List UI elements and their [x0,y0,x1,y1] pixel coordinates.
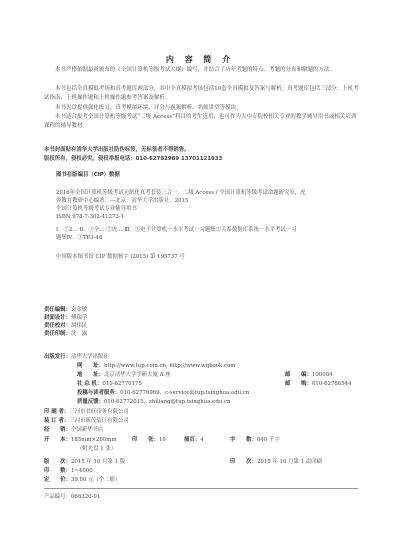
binder-value: 三河市新茂装订有限公司 [69,418,128,424]
product-code-row: 产品编号：066320-01 [44,492,100,500]
disc-note: （附光盘 1 张） [77,444,116,452]
switchboard-label: 社 总 机： [77,381,102,387]
website-value[interactable]: http://www.tup.com.cn, http://www.wqbook… [104,363,235,369]
reader-service-row: 投稿与读者服务：010-62776969，c-service@tup.tsing… [77,388,249,396]
summary-paragraph-4: 本书适合报考全国计算机等级考试“二级 Access”科目的考生选用，也可作为大中… [44,113,360,131]
sheets-row: 印 张：19 [132,435,166,443]
website-label: 网 址： [77,363,104,369]
credit-row: 责任编辑：袁金敏 [44,306,87,314]
cip-line: 2016年全国计算机等级考试无纸化真考套装三合一．二级 Access / 全国计… [56,189,360,197]
anti-counterfeit-notice: 本书封面贴有清华大学出版社防伪标签，无标签者不得销售。 [44,145,190,153]
edition-value: 2015 年 10 月第 1 版 [71,459,125,465]
cip-heading: 图书在版编目（CIP）数据 [56,170,120,178]
zip-row: 邮 编：100084 [285,370,333,378]
binder-label: 装 订 者： [44,418,69,424]
impression-label: 印 次： [230,459,257,465]
product-code-label: 产品编号： [44,494,71,500]
binder-row: 装 订 者：三河市新茂装订有限公司 [44,416,129,424]
cip-classification: Ⅰ．①2… Ⅱ．①全… ②虎… Ⅲ．①电子计算机－水平考试－习题集②关系数据库系… [56,226,360,242]
zip-label: 邮 编： [285,372,312,378]
credit-row: 责任校对：胡伟民 [44,322,87,330]
quality-feedback-value: 010-62772015，zhiliang@tup.tsinghua.edu.c… [104,399,231,405]
cip-line: ISBN 978-7-302-41273-1 [56,213,360,221]
sheets-value: 19 [159,437,166,443]
credit-label: 责任编辑： [44,307,71,313]
website-row: 网 址：http://www.tup.com.cn, http://www.wq… [77,361,235,369]
reader-service-value: 010-62776969，c-service@tup.tsinghua.edu.… [120,390,249,396]
distributor-row: 经 销：全国新华书店 [44,425,103,433]
distributor-value: 全国新华书店 [71,427,103,433]
credit-label: 封面设计： [44,315,71,321]
summary-paragraph-2: 本书包括全真模拟考场和真考题库两部分，其中全真模拟考场包括10套全真模拟及答案与… [44,85,360,103]
cip-record: 中国版本图书馆 CIP 数据核字 (2015) 第 195737 号 [56,252,185,260]
credit-value: 胡伟民 [71,323,87,329]
publisher-label: 出版发行： [44,354,71,360]
credit-label: 责任印制： [44,331,71,337]
price-value: 39.80 元（全二册） [71,477,121,483]
publisher-row: 出版发行：清华大学出版社 [44,352,109,360]
cip-line: 全国计算机等级考试专业辅导用书 [56,205,360,213]
impression-value: 2015 年 10 月第 1 次印刷 [257,459,322,465]
page-title: 内 容 简 介 [0,54,400,65]
summary-paragraph-1: 本书严格依据最新颁布的《全国计算机等级考试大纲》编写，并结合了历年考题的特点、考… [44,66,360,75]
address-value: 北京清华大学学研大厦 A 座 [104,372,171,378]
publisher-name: 清华大学出版社 [71,354,109,360]
print-run-label: 印 数： [44,468,71,474]
address-row: 地 址：北京清华大学学研大厦 A 座 [77,370,171,378]
mail-order-value: 010-62786544 [312,381,352,387]
printer-value: 三河市君旺印务有限公司 [69,409,128,415]
format-row: 开 本：185mm×260mm [44,435,117,443]
inserts-label: 插页： [184,437,200,443]
cip-class-line: Ⅰ．①2… Ⅱ．①全… ②虎… Ⅲ．①电子计算机－水平考试－习题集②关系数据库系… [56,226,360,234]
quality-feedback-row: 质量反馈：010-62772015，zhiliang@tup.tsinghua.… [77,397,231,405]
reader-service-label: 投稿与读者服务： [77,390,120,396]
impression-row: 印 次：2015 年 10 月第 1 次印刷 [230,457,322,465]
word-count-label: 字 数： [230,437,257,443]
format-value: 185mm×260mm [71,437,117,443]
inserts-row: 插页：4 [184,435,204,443]
format-label: 开 本： [44,437,71,443]
price-row: 定 价：39.80 元（全二册） [44,475,120,483]
divider-rule [44,488,358,489]
zip-value: 100084 [312,372,333,378]
print-run-row: 印 数：1~4000 [44,466,93,474]
cip-block: 2016年全国计算机等级考试无纸化真考套装三合一．二级 Access / 全国计… [56,189,360,221]
price-label: 定 价： [44,477,71,483]
credit-row: 责任印制：沈 露 [44,330,87,338]
copyright-notice: 版权所有，侵权必究。侵权举报电话：010-62782989 1370112193… [44,154,222,162]
word-count-value: 640 千字 [257,437,280,443]
product-code-value: 066320-01 [71,494,100,500]
print-run-value: 1~4000 [71,468,93,474]
credit-row: 封面设计：傅瑞学 [44,314,87,322]
address-label: 地 址： [77,372,104,378]
edition-label: 版 次： [44,459,71,465]
sheets-label: 印 张： [132,437,159,443]
credit-value: 沈 露 [71,331,87,337]
word-count-row: 字 数：640 千字 [230,435,280,443]
printer-label: 印 刷 者： [44,409,69,415]
switchboard-value: 010-62770175 [102,381,142,387]
mail-order-label: 邮 购： [285,381,312,387]
cip-class-line: 题集Ⅳ．①TP3-44 [56,234,360,242]
credits-block: 责任编辑：袁金敏 封面设计：傅瑞学 责任校对：胡伟民 责任印制：沈 露 [44,306,87,338]
credit-value: 袁金敏 [71,307,87,313]
edition-row: 版 次：2015 年 10 月第 1 版 [44,457,125,465]
mail-order-row: 邮 购：010-62786544 [285,379,352,387]
quality-feedback-label: 质量反馈： [77,399,104,405]
distributor-label: 经 销： [44,427,71,433]
credit-value: 傅瑞学 [71,315,87,321]
switchboard-row: 社 总 机：010-62770175 [77,379,142,387]
cip-line: 奔教育教研中心编著．—北京：清华大学出版社，2015 [56,197,360,205]
summary-paragraph-3: 本书光盘提供强化练习、真考模拟环境、评分与视频解析、名师讲堂等模块。 [44,104,360,113]
inserts-value: 4 [200,437,203,443]
credit-label: 责任校对： [44,323,71,329]
printer-row: 印 刷 者：三河市君旺印务有限公司 [44,407,129,415]
